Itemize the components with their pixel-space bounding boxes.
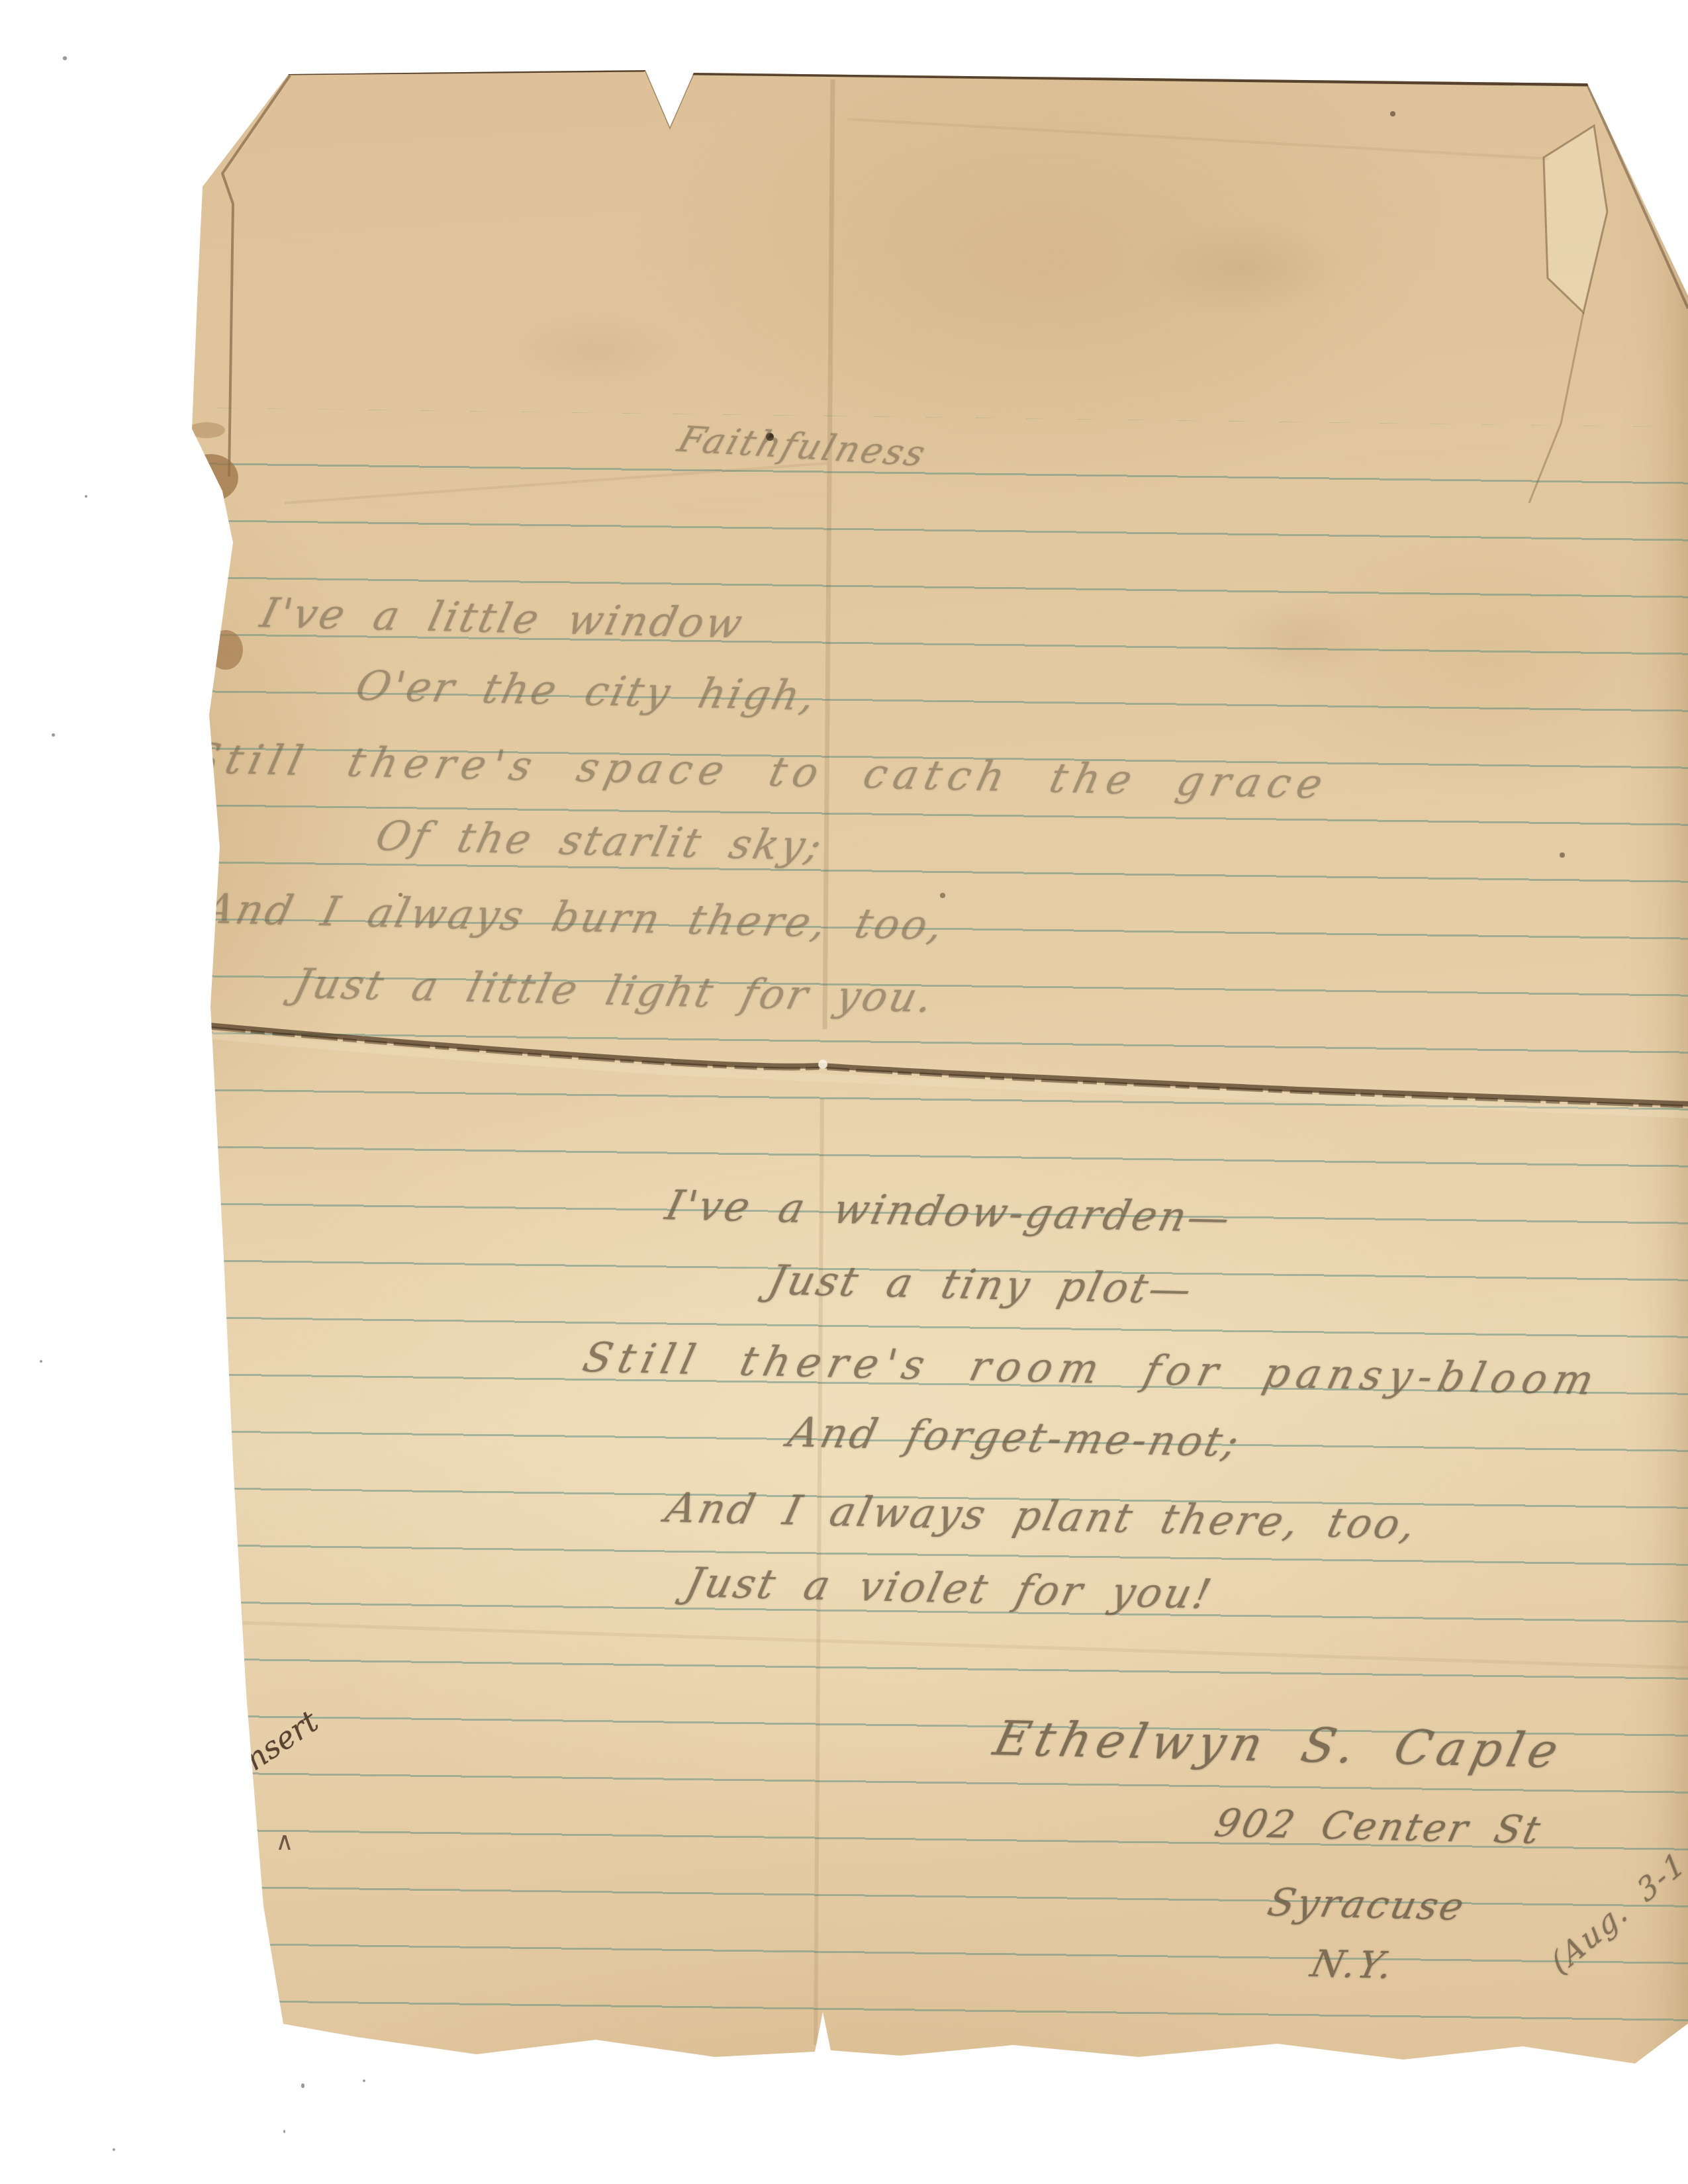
ghost-smudge: [503, 311, 688, 390]
dust-speck: [113, 2148, 115, 2151]
dust-speck: [52, 733, 55, 737]
poem-line: O'er the city high,: [352, 665, 821, 716]
dust-speck: [40, 1360, 42, 1363]
paper-sheet: Faithfulness I've a little window O'er t…: [0, 0, 1688, 2184]
poem-line: Just a tiny plot—: [765, 1259, 1198, 1310]
signature-city: Syracuse: [1264, 1883, 1470, 1925]
ghost-smudge: [1139, 218, 1350, 318]
caret-mark: ∧: [275, 1827, 294, 1856]
signature-state: N.Y.: [1307, 1946, 1398, 1985]
signature-street: 902 Center St: [1211, 1803, 1546, 1849]
poem-line: I've a little window: [257, 592, 749, 644]
poem-line: And forget-me-not;: [784, 1412, 1245, 1463]
dust-speck: [301, 2083, 305, 2088]
poem-line: I've a window-garden—: [662, 1185, 1237, 1238]
scanned-letter: Faithfulness I've a little window O'er t…: [0, 0, 1688, 2184]
dust-speck: [363, 2079, 365, 2082]
poem-line: Just a violet for you!: [682, 1562, 1217, 1615]
dust-speck: [283, 2130, 285, 2133]
signature-name: Ethelwyn S. Caple: [990, 1714, 1568, 1774]
dust-speck: [63, 56, 67, 60]
dust-speck: [85, 495, 87, 498]
poem-line: Of the starlit sky;: [372, 815, 828, 866]
